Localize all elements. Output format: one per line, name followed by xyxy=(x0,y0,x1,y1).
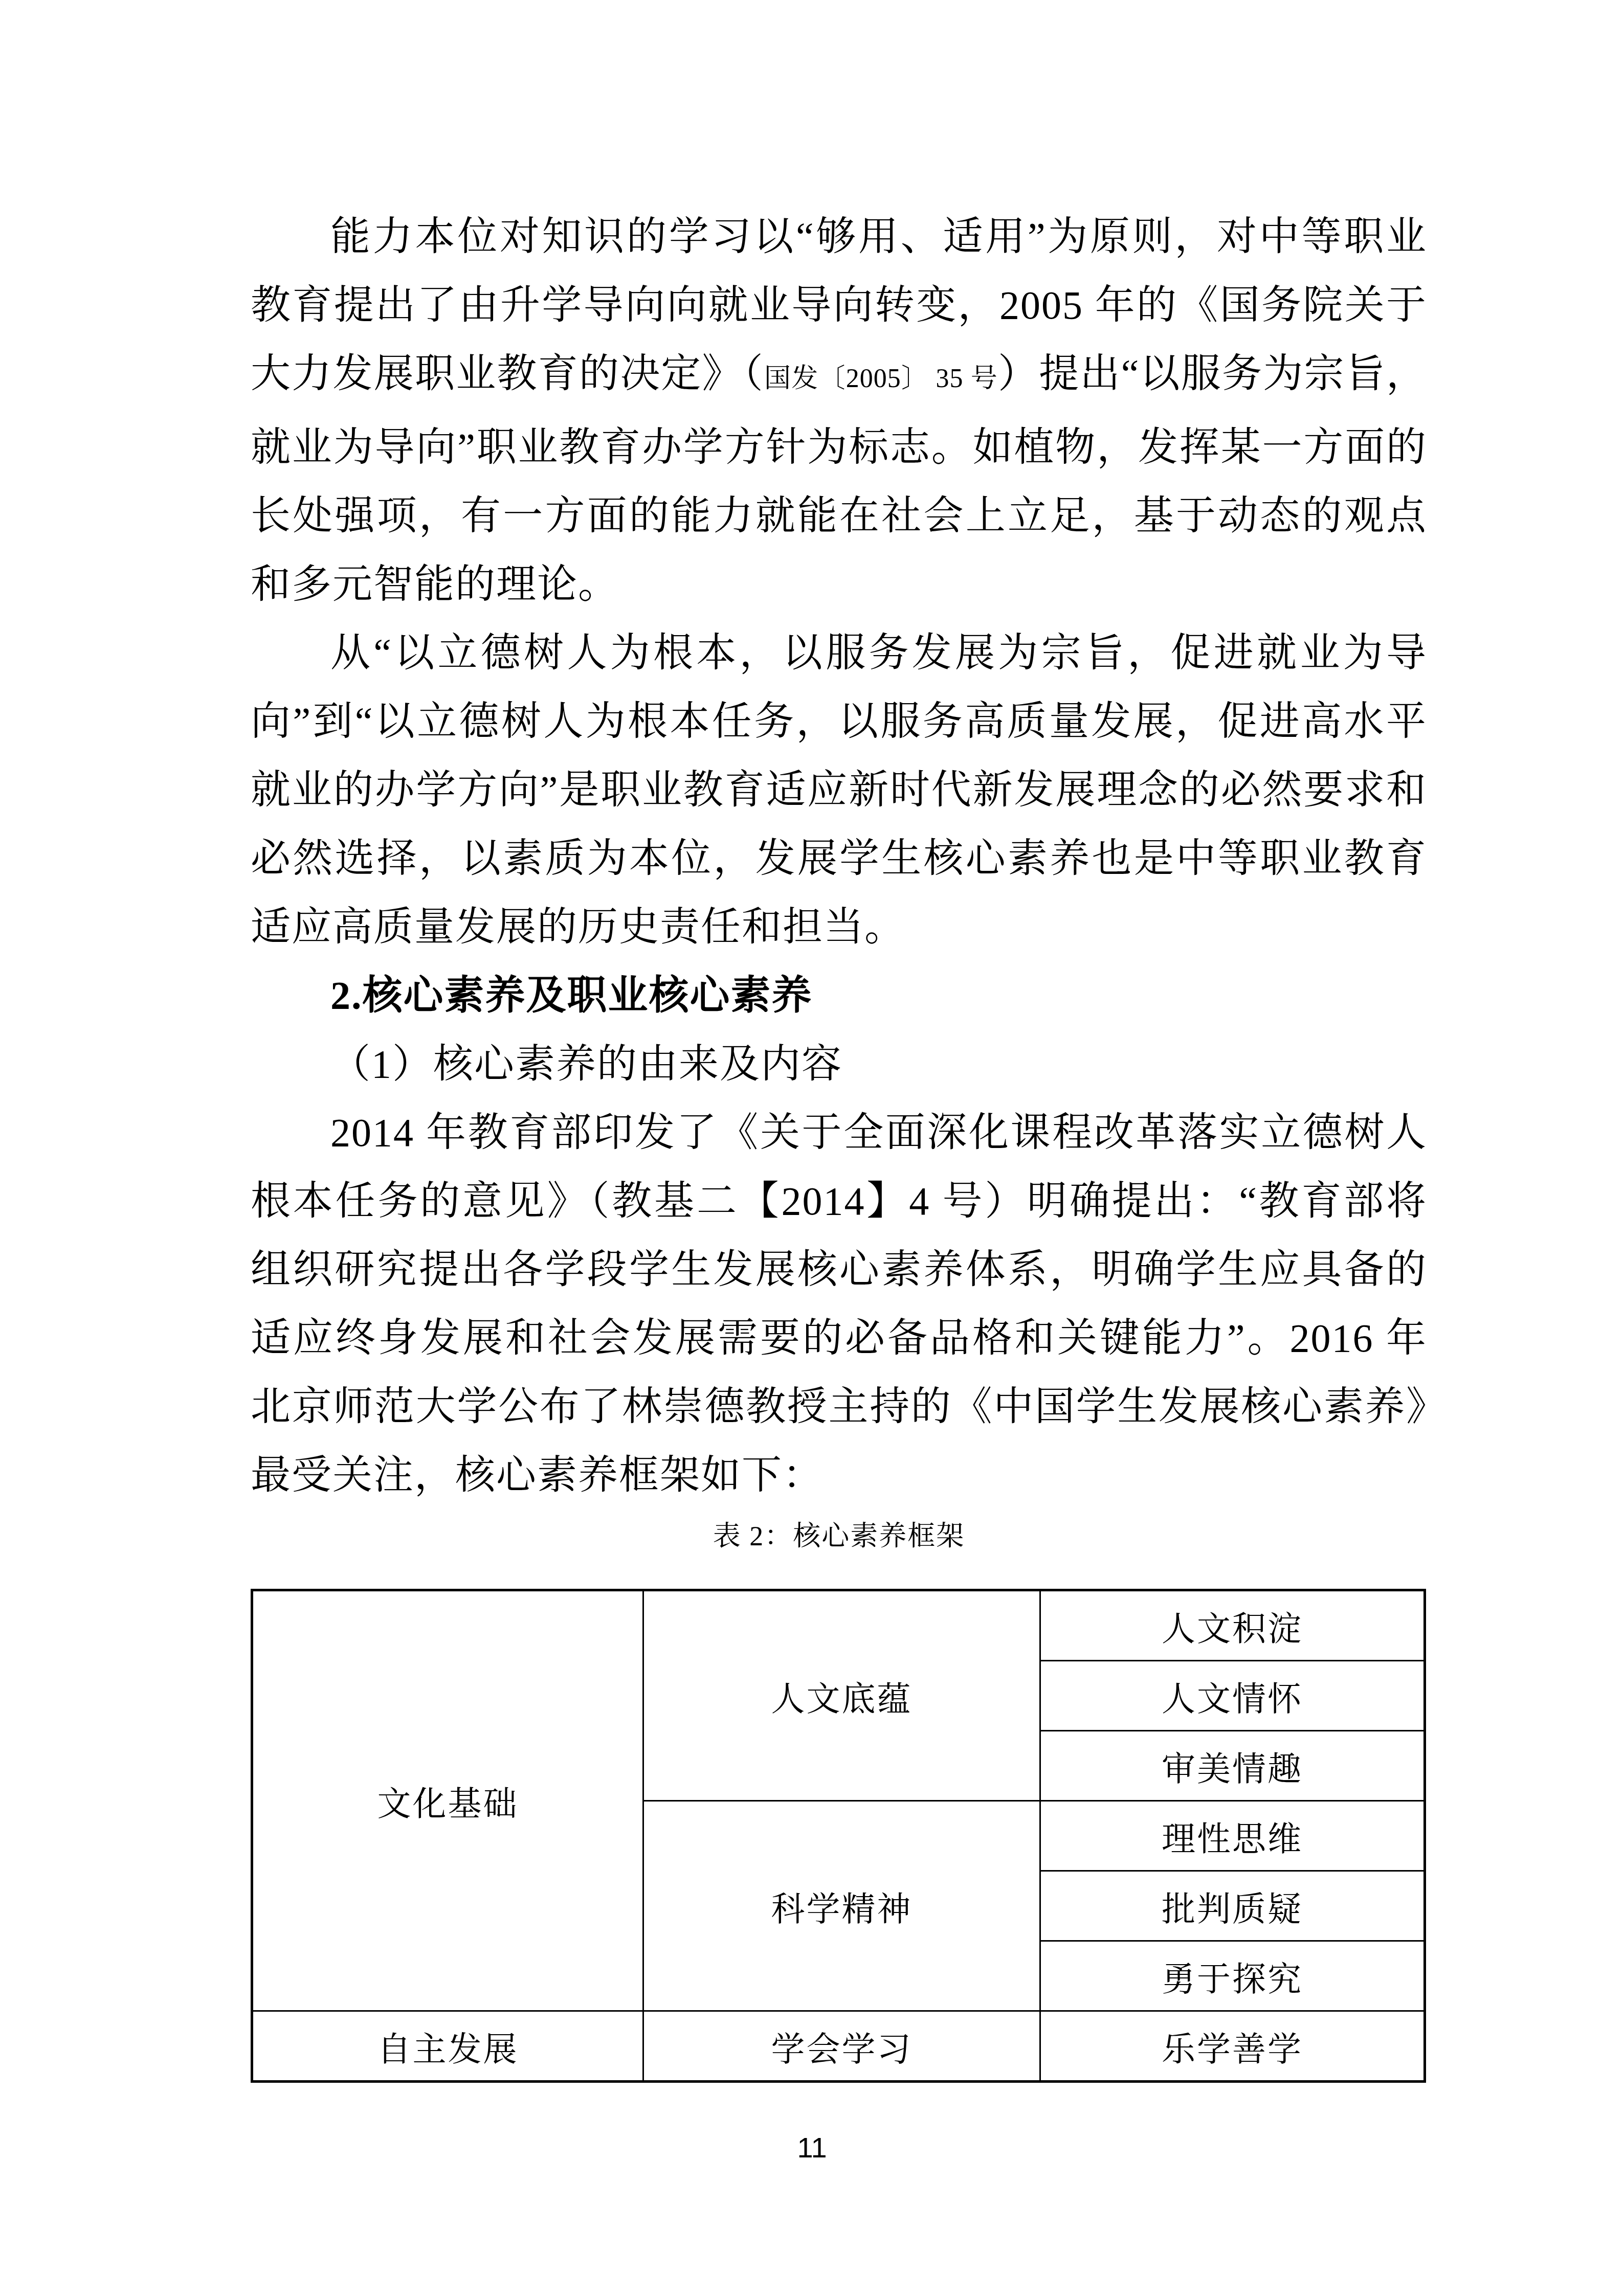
cell-scientific-spirit: 科学精神 xyxy=(643,1801,1040,2011)
text-block: 能力本位对知识的学习以“够用、适用”为原则，对中等职业教育提出了由升学导向向就业… xyxy=(251,202,1427,2083)
table-caption: 表 2：核心素养框架 xyxy=(251,1510,1427,1563)
cell-autonomous-development: 自主发展 xyxy=(252,2011,643,2082)
sub-heading: （1）核心素养的由来及内容 xyxy=(251,1030,1427,1098)
table-row: 文化基础 人文底蕴 人文积淀 xyxy=(252,1590,1425,1661)
cell-humanistic-feelings: 人文情怀 xyxy=(1040,1661,1425,1731)
paragraph-1: 能力本位对知识的学习以“够用、适用”为原则，对中等职业教育提出了由升学导向向就业… xyxy=(251,202,1427,619)
cell-humanistic-heritage: 人文底蕴 xyxy=(643,1590,1040,1801)
section-heading: 2.核心素养及职业核心素养 xyxy=(251,961,1427,1030)
cell-learn-to-learn: 学会学习 xyxy=(643,2011,1040,2082)
table-row: 自主发展 学会学习 乐学善学 xyxy=(252,2011,1425,2082)
page-number: 11 xyxy=(0,2130,1624,2166)
cell-humanistic-accumulation: 人文积淀 xyxy=(1040,1590,1425,1661)
document-page: 能力本位对知识的学习以“够用、适用”为原则，对中等职业教育提出了由升学导向向就业… xyxy=(0,0,1624,2296)
cell-aesthetic-taste: 审美情趣 xyxy=(1040,1731,1425,1801)
cell-culture-foundation: 文化基础 xyxy=(252,1590,643,2011)
cell-rational-thinking: 理性思维 xyxy=(1040,1801,1425,1871)
core-competency-table: 文化基础 人文底蕴 人文积淀 人文情怀 审美情趣 科学精神 理性思维 批判质疑 xyxy=(251,1589,1426,2083)
cell-courage-to-explore: 勇于探究 xyxy=(1040,1941,1425,2011)
cell-critical-questioning: 批判质疑 xyxy=(1040,1871,1425,1941)
document-number-note: 国发〔2005〕 35 号 xyxy=(764,364,998,393)
paragraph-2: 从“以立德树人为根本，以服务发展为宗旨，促进就业为导向”到“以立德树人为根本任务… xyxy=(251,619,1427,961)
paragraph-3: 2014 年教育部印发了《关于全面深化课程改革落实立德树人根本任务的意见》（教基… xyxy=(251,1098,1427,1510)
cell-enjoy-learning: 乐学善学 xyxy=(1040,2011,1425,2082)
